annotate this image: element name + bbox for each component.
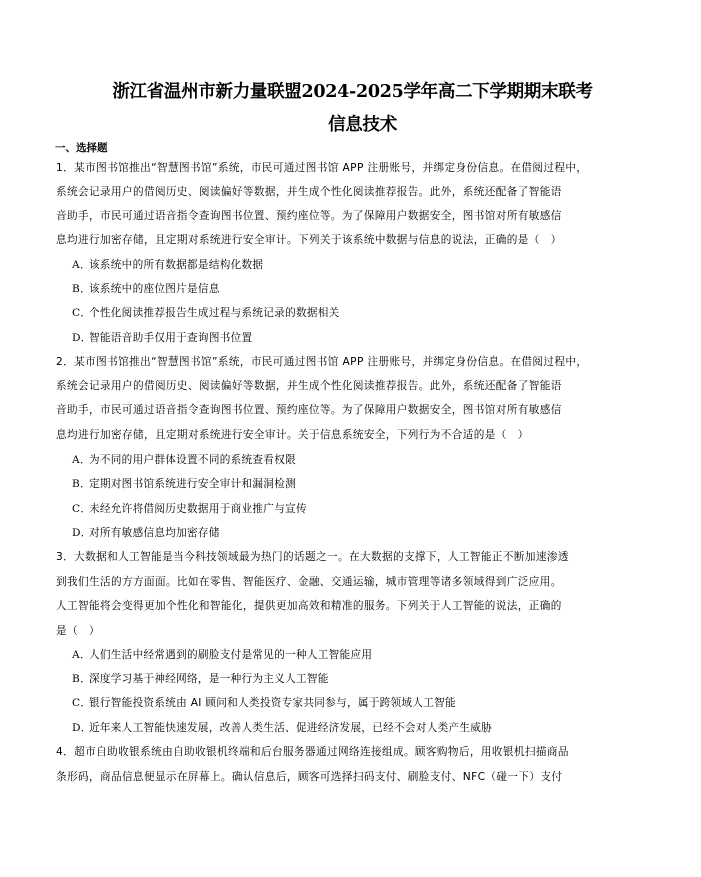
question-3-option-d: D．近年来人工智能快速发展，改善人类生活、促进经济发展，已经不会对人类产生威胁	[72, 721, 492, 735]
question-2-option-c: C．未经允许将借阅历史数据用于商业推广与宣传	[72, 502, 307, 516]
question-2-stem-line-1: 2．某市图书馆推出“智慧图书馆”系统，市民可通过图书馆 APP 注册账号，并绑定…	[56, 355, 587, 369]
question-1-option-b: B．该系统中的座位图片是信息	[72, 282, 220, 296]
option-letter: A．	[72, 258, 89, 272]
question-3-stem-line-1: 3．大数据和人工智能是当今科技领域最为热门的话题之一。在大数据的支撑下，人工智能…	[56, 550, 569, 564]
question-3-stem-line-4: 是（ ）	[56, 624, 100, 638]
option-letter: B．	[72, 477, 89, 491]
question-1-option-a: A．该系统中的所有数据都是结构化数据	[72, 258, 263, 272]
option-text: 对所有敏感信息均加密存储	[89, 527, 220, 539]
option-text: 深度学习基于神经网络，是一种行为主义人工智能	[89, 673, 329, 685]
option-text: 未经允许将借阅历史数据用于商业推广与宣传	[89, 503, 307, 515]
question-1-stem-line-4: 息均进行加密存储，且定期对系统进行安全审计。下列关于该系统中数据与信息的说法，正…	[56, 233, 562, 247]
option-letter: C．	[72, 502, 89, 516]
question-3-stem-line-2: 到我们生活的方方面面。比如在零售、智能医疗、金融、交通运输，城市管理等诸多领域得…	[56, 575, 562, 589]
option-text: 该系统中的所有数据都是结构化数据	[89, 259, 263, 271]
question-4-stem-line-1: 4．超市自助收银系统由自助收银机终端和后台服务器通过网络连接组成。顾客购物后，用…	[56, 745, 569, 759]
question-3-stem-line-3: 人工智能将会变得更加个性化和智能化，提供更加高效和精准的服务。下列关于人工智能的…	[56, 599, 562, 613]
option-letter: D．	[72, 721, 89, 735]
exam-page: 浙江省温州市新力量联盟2024-2025学年高二下学期期末联考 信息技术 一、选…	[0, 0, 701, 877]
question-2-stem-line-3: 音助手，市民可通过语音指令查询图书位置、预约座位等。为了保障用户数据安全，图书馆…	[56, 403, 562, 417]
option-letter: D．	[72, 331, 89, 345]
option-text: 定期对图书馆系统进行安全审计和漏洞检测	[89, 478, 296, 490]
question-2-option-d: D．对所有敏感信息均加密存储	[72, 526, 220, 540]
option-letter: D．	[72, 526, 89, 540]
question-3-option-b: B．深度学习基于神经网络，是一种行为主义人工智能	[72, 672, 329, 686]
question-2-stem-line-2: 系统会记录用户的借阅历史、阅读偏好等数据，并生成个性化阅读推荐报告。此外，系统还…	[56, 379, 562, 393]
option-letter: B．	[72, 672, 89, 686]
question-2-stem-line-4: 息均进行加密存储，且定期对系统进行安全审计。关于信息系统安全，下列行为不合适的是…	[56, 428, 529, 442]
document-subtitle: 信息技术	[0, 115, 701, 135]
option-letter: C．	[72, 696, 89, 710]
question-1-stem-line-2: 系统会记录用户的借阅历史、阅读偏好等数据，并生成个性化阅读推荐报告。此外，系统还…	[56, 185, 562, 199]
option-text: 为不同的用户群体设置不同的系统查看权限	[89, 454, 296, 466]
option-letter: A．	[72, 453, 89, 467]
option-text: 智能语音助手仅用于查询图书位置	[89, 332, 252, 344]
question-1-stem-line-1: 1．某市图书馆推出“智慧图书馆”系统，市民可通过图书馆 APP 注册账号，并绑定…	[56, 161, 587, 175]
question-2-option-b: B．定期对图书馆系统进行安全审计和漏洞检测	[72, 477, 296, 491]
question-2-option-a: A．为不同的用户群体设置不同的系统查看权限	[72, 453, 296, 467]
option-text: 银行智能投资系统由 AI 顾问和人类投资专家共同参与，属于跨领域人工智能	[89, 697, 456, 709]
option-text: 近年来人工智能快速发展，改善人类生活、促进经济发展，已经不会对人类产生威胁	[89, 722, 492, 734]
question-1-option-c: C．个性化阅读推荐报告生成过程与系统记录的数据相关	[72, 306, 340, 320]
option-text: 该系统中的座位图片是信息	[89, 283, 220, 295]
option-letter: A．	[72, 648, 89, 662]
question-3-option-a: A．人们生活中经常遇到的刷脸支付是常见的一种人工智能应用	[72, 648, 372, 662]
question-4-stem-line-2: 条形码，商品信息便显示在屏幕上。确认信息后，顾客可选择扫码支付、刷脸支付、NFC…	[56, 770, 562, 784]
question-3-option-c: C．银行智能投资系统由 AI 顾问和人类投资专家共同参与，属于跨领域人工智能	[72, 696, 456, 710]
option-letter: B．	[72, 282, 89, 296]
section-heading-multiple-choice: 一、选择题	[55, 141, 108, 155]
option-text: 人们生活中经常遇到的刷脸支付是常见的一种人工智能应用	[89, 649, 372, 661]
option-letter: C．	[72, 306, 89, 320]
document-title: 浙江省温州市新力量联盟2024-2025学年高二下学期期末联考	[0, 82, 701, 102]
option-text: 个性化阅读推荐报告生成过程与系统记录的数据相关	[89, 307, 340, 319]
question-1-option-d: D．智能语音助手仅用于查询图书位置	[72, 331, 252, 345]
question-1-stem-line-3: 音助手，市民可通过语音指令查询图书位置、预约座位等。为了保障用户数据安全，图书馆…	[56, 209, 562, 223]
